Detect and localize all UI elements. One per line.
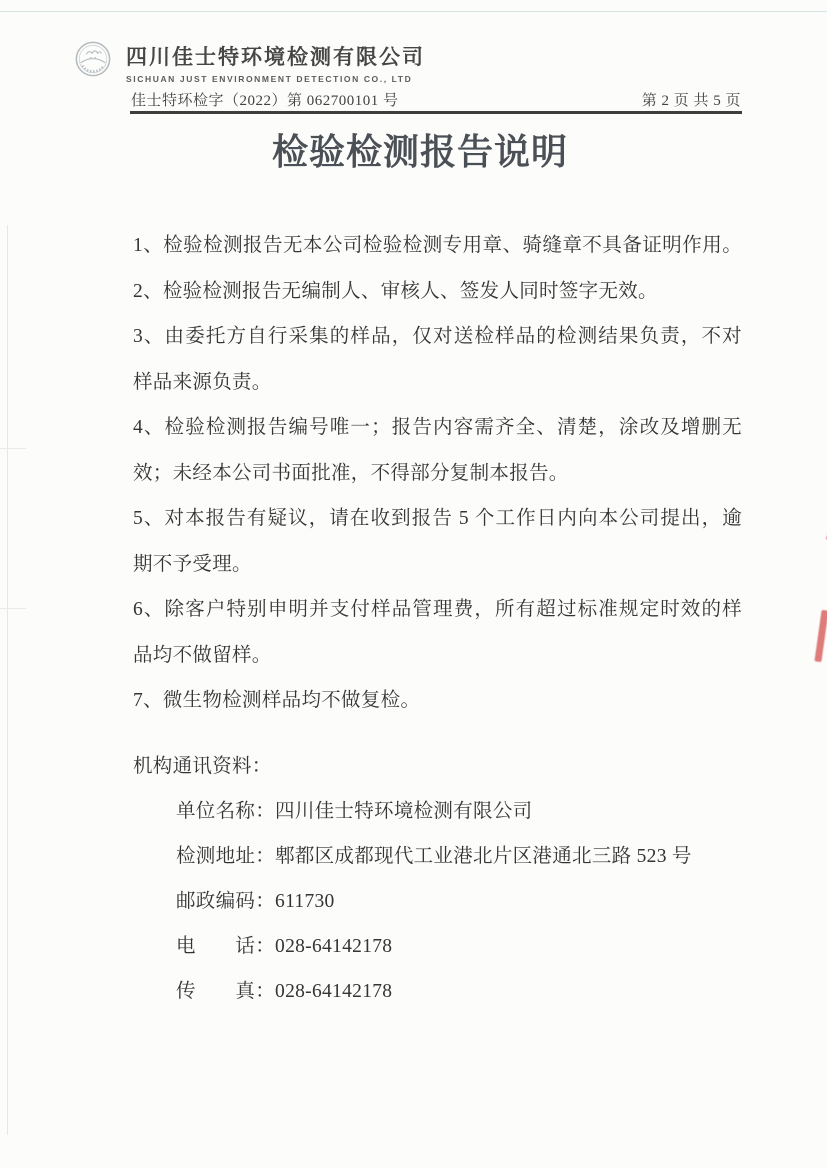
red-seal-stamp-fragment: 佳士特 — [807, 524, 827, 674]
note-7: 7、微生物检测样品均不做复检。 — [133, 678, 742, 724]
contact-section: 机构通讯资料： 单位名称：四川佳士特环境检测有限公司 检测地址：郫都区成都现代工… — [133, 744, 742, 1014]
notes-list: 1、检验检测报告无本公司检验检测专用章、骑缝章不具备证明作用。 2、检验检测报告… — [133, 223, 742, 724]
note-2: 2、检验检测报告无编制人、审核人、签发人同时签字无效。 — [133, 269, 742, 315]
note-4-line-2: 效；未经本公司书面批准，不得部分复制本报告。 — [133, 451, 742, 497]
scan-artifact-left — [7, 225, 8, 1135]
document-title: 检验检测报告说明 — [100, 124, 740, 175]
note-3-line-1: 3、由委托方自行采集的样品，仅对送检样品的检测结果负责，不对 — [133, 314, 742, 360]
page-header: 四川佳士特环境检测有限公司 SICHUAN JUST ENVIRONMENT D… — [74, 40, 425, 84]
contact-label: 电 话： — [176, 936, 275, 957]
note-1: 1、检验检测报告无本公司检验检测专用章、骑缝章不具备证明作用。 — [133, 223, 742, 269]
contact-value: 028-64142178 — [275, 981, 392, 1002]
contact-label: 单位名称： — [176, 801, 275, 822]
contact-value: 611730 — [275, 891, 335, 912]
contact-row-fax: 传 真：028-64142178 — [176, 969, 742, 1014]
note-3-line-2: 样品来源负责。 — [133, 360, 742, 406]
company-logo-icon — [74, 40, 112, 78]
report-page: 四川佳士特环境检测有限公司 SICHUAN JUST ENVIRONMENT D… — [0, 0, 827, 1168]
contact-heading: 机构通讯资料： — [133, 744, 742, 789]
note-4-line-1: 4、检验检测报告编号唯一；报告内容需齐全、清楚，涂改及增删无 — [133, 405, 742, 451]
scan-artifact — [0, 448, 26, 449]
note-5-line-1: 5、对本报告有疑议，请在收到报告 5 个工作日内向本公司提出，逾 — [133, 496, 742, 542]
page-number: 第 2 页 共 5 页 — [642, 89, 741, 110]
note-6-line-1: 6、除客户特别申明并支付样品管理费，所有超过标准规定时效的样 — [133, 587, 742, 633]
contact-row-company: 单位名称：四川佳士特环境检测有限公司 — [176, 789, 742, 834]
contact-value: 028-64142178 — [275, 936, 392, 957]
note-5-line-2: 期不予受理。 — [133, 542, 742, 588]
contact-row-phone: 电 话：028-64142178 — [176, 924, 742, 969]
note-6-line-2: 品均不做留样。 — [133, 633, 742, 679]
contact-label: 传 真： — [176, 981, 275, 1002]
contact-label: 邮政编码： — [176, 891, 275, 912]
company-name-en: SICHUAN JUST ENVIRONMENT DETECTION CO., … — [126, 74, 425, 84]
contact-row-postcode: 邮政编码：611730 — [176, 879, 742, 924]
company-name-block: 四川佳士特环境检测有限公司 SICHUAN JUST ENVIRONMENT D… — [126, 40, 425, 84]
contact-label: 检测地址： — [176, 846, 275, 867]
contact-value: 郫都区成都现代工业港北片区港通北三路 523 号 — [275, 846, 692, 867]
scan-artifact — [0, 608, 26, 609]
red-seal-mark — [814, 610, 827, 662]
company-name-cn: 四川佳士特环境检测有限公司 — [126, 41, 425, 71]
contact-row-address: 检测地址：郫都区成都现代工业港北片区港通北三路 523 号 — [176, 834, 742, 879]
red-seal-text: 佳士特 — [809, 524, 827, 601]
contact-value: 四川佳士特环境检测有限公司 — [275, 801, 532, 822]
header-rule — [130, 111, 742, 114]
scan-artifact-top — [0, 11, 827, 12]
report-ref-number: 佳士特环检字（2022）第 062700101 号 — [131, 89, 399, 110]
header-meta-row: 佳士特环检字（2022）第 062700101 号 第 2 页 共 5 页 — [131, 89, 741, 110]
